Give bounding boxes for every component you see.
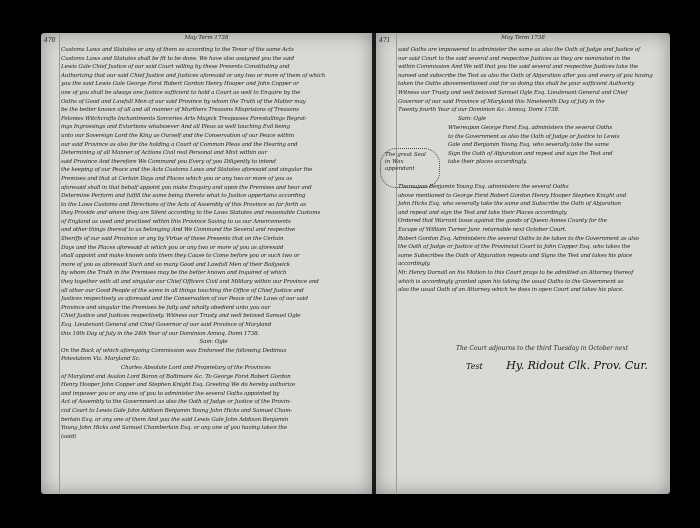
manuscript-line: Henry Hooper John Copper and Stephen Kni… — [61, 381, 366, 390]
manuscript-line: Sign the Oath of Abjuration and repeat a… — [448, 150, 664, 159]
manuscript-line: cial Court to Lewis Gale John Addison Be… — [61, 407, 366, 416]
manuscript-line: above mentioned to George Forst Robert G… — [398, 192, 664, 201]
manuscript-line: The great Seal — [385, 152, 435, 159]
manuscript-line: our said Court to the said several and r… — [398, 55, 664, 64]
manuscript-line: Act of Assembly to the Government as als… — [61, 398, 366, 407]
manuscript-line: aforesaid shall in that behalf appoint y… — [61, 184, 366, 193]
manuscript-line: Days and the Places aforesaid at which y… — [61, 244, 366, 253]
margin-rule — [396, 33, 397, 494]
manuscript-line: which is accordingly granted upon his ta… — [398, 278, 664, 287]
running-head: May Term 1738 — [41, 35, 372, 41]
manuscript-line: unto our Sovereign Lord the King as Ours… — [61, 132, 366, 141]
manuscript-line: shall appoint and make known unto them t… — [61, 252, 366, 261]
manuscript-line: Thereupon Benjamin Young Esq. administer… — [398, 183, 664, 192]
clerk-signature: Hy. Ridout Clk. Prov. Cur. — [506, 359, 648, 372]
manuscript-line: Customs Laws and Statutes shall be fit t… — [61, 55, 366, 64]
manuscript-line: Premises and that at Certain Days and Pl… — [61, 175, 366, 184]
manuscript-line: Province and singular the Premises be fu… — [61, 304, 366, 313]
manuscript-line: they Provide and where they are Silent a… — [61, 209, 366, 218]
manuscript-line: Whereupon George Forst Esq. administers … — [448, 124, 664, 133]
adjournment-line: The Court adjourns to the third Tuesday … — [456, 345, 628, 352]
manuscript-line: taken the Oaths abovementioned and for s… — [398, 80, 664, 89]
manuscript-line: accordingly. — [398, 260, 664, 269]
manuscript-line: Justices respectively as aforesaid and t… — [61, 295, 366, 304]
manuscript-line: Esq. Lieutenant General and Chief Govern… — [61, 321, 366, 330]
manuscript-line: and impower you or any one of you to adm… — [61, 390, 366, 399]
manuscript-line: (said) — [61, 433, 366, 442]
attestation: Test Hy. Ridout Clk. Prov. Cur. — [466, 359, 648, 372]
manuscript-line: you the said Lewis Gale George Forst Rob… — [61, 80, 366, 89]
manuscript-line: said Province And therefore We Command y… — [61, 158, 366, 167]
manuscript-line: Twenty fourth Year of our Dominion &c. A… — [398, 106, 664, 115]
manuscript-line: Lewis Gale Chief Justice of our said Cou… — [61, 63, 366, 72]
manuscript-line: be the better known of all and all manne… — [61, 106, 366, 115]
manuscript-line: Oaths of Good and Lawfull Men of our sai… — [61, 98, 366, 107]
manuscript-line: and repeat and sign the Test and take th… — [398, 209, 664, 218]
manuscript-line: Determining of all Manner of Actions Civ… — [61, 149, 366, 158]
manuscript-line: named and subscribe the Test as also the… — [398, 72, 664, 81]
right-page-text-body: Thereupon Benjamin Young Esq. administer… — [398, 183, 664, 295]
manuscript-line: within Commission And We will that you t… — [398, 63, 664, 72]
manuscript-line: same Subscribes the Oath of Abjuration r… — [398, 252, 664, 261]
manuscript-line: Authorizing that our said Chief Justice … — [61, 72, 366, 81]
manuscript-line: Felonies Witchcrafts Inchantments Sorcer… — [61, 115, 366, 124]
manuscript-line: to the Laws Customs and Directions of th… — [61, 201, 366, 210]
manuscript-line: Sam: Ogle — [398, 115, 664, 124]
seal-margin-note: The great Sealin Waxappendant — [380, 148, 440, 188]
manuscript-line: also the usual Oath of an Attorney which… — [398, 286, 664, 295]
running-head: May Term 1738 — [376, 35, 670, 41]
manuscript-line: appendant — [385, 166, 435, 173]
manuscript-line: one of you shall be always one Justice s… — [61, 89, 366, 98]
manuscript-line: said Oaths are impowered to administer t… — [398, 46, 664, 55]
manuscript-line: Ordered that Warrant Issue against the g… — [398, 217, 664, 226]
manuscript-line: Chief Justice and Justices respectively.… — [61, 312, 366, 321]
manuscript-line: Gale and Benjamin Young Esq. who several… — [448, 141, 664, 150]
manuscript-line: ings Ingrossings and Extortions whatsoev… — [61, 123, 366, 132]
manuscript-line: Sheriffs of our said Province or any by … — [61, 235, 366, 244]
manuscript-line: of England as used and practised within … — [61, 218, 366, 227]
manuscript-line: all other our Good People of the same in… — [61, 287, 366, 296]
manuscript-line: the Oath of Judge or Justice of the Prov… — [398, 243, 664, 252]
manuscript-line: by whom the Truth in the Premises may be… — [61, 269, 366, 278]
manuscript-line: Robert Gordon Esq. Administers the sever… — [398, 235, 664, 244]
manuscript-line: Mr. Henry Darnall on his Motion to this … — [398, 269, 664, 278]
manuscript-line: On the Back of which aforegoing Commissi… — [61, 347, 366, 356]
manuscript-line: berlain Esq. or any one of them And you … — [61, 416, 366, 425]
manuscript-line: take their places accordingly. — [448, 158, 664, 167]
left-page: 470 May Term 1738 Customs Laws and Statu… — [41, 33, 372, 494]
manuscript-line: more of you as aforesaid Such and so man… — [61, 261, 366, 270]
margin-rule — [59, 33, 60, 494]
right-page-text-beside-seal: Whereupon George Forst Esq. administers … — [448, 124, 664, 167]
manuscript-line: of Maryland and Avalon Lord Baron of Bal… — [61, 373, 366, 382]
manuscript-line: John Hicks Esq. who severally take the s… — [398, 200, 664, 209]
right-page: 471 May Term 1738 said Oaths are impower… — [376, 33, 670, 494]
manuscript-line: in Wax — [385, 159, 435, 166]
test-label: Test — [466, 362, 483, 371]
manuscript-line: they together with all and singular our … — [61, 278, 366, 287]
manuscript-line: Customs Laws and Statutes or any of them… — [61, 46, 366, 55]
manuscript-line: Potestatem Viz. Maryland Sc. — [61, 355, 366, 364]
manuscript-line: Witness our Trusty and well beloved Samu… — [398, 89, 664, 98]
right-page-text-top: said Oaths are impowered to administer t… — [398, 46, 664, 123]
manuscript-line: Charles Absolute Lord and Proprietary of… — [61, 364, 366, 373]
manuscript-line: to the Government as also the Oath of Ju… — [448, 133, 664, 142]
left-page-text: Customs Laws and Statutes or any of them… — [61, 46, 366, 441]
manuscript-line: Escape of William Turner Junr. returnabl… — [398, 226, 664, 235]
manuscript-line: this 19th Day of July in the 24th Year o… — [61, 330, 366, 339]
manuscript-line: our said Province as also for the holdin… — [61, 141, 366, 150]
manuscript-line: Determine Perform and fulfill the same b… — [61, 192, 366, 201]
manuscript-line: Governor of our said Province of Marylan… — [398, 98, 664, 107]
manuscript-line: and other things thereof to us belonging… — [61, 226, 366, 235]
manuscript-line: Young John Hicks and Samuel Chamberlain … — [61, 424, 366, 433]
manuscript-line: Sam: Ogle — [61, 338, 366, 347]
manuscript-line: the keeping of our Peace and the Acts Cu… — [61, 166, 366, 175]
